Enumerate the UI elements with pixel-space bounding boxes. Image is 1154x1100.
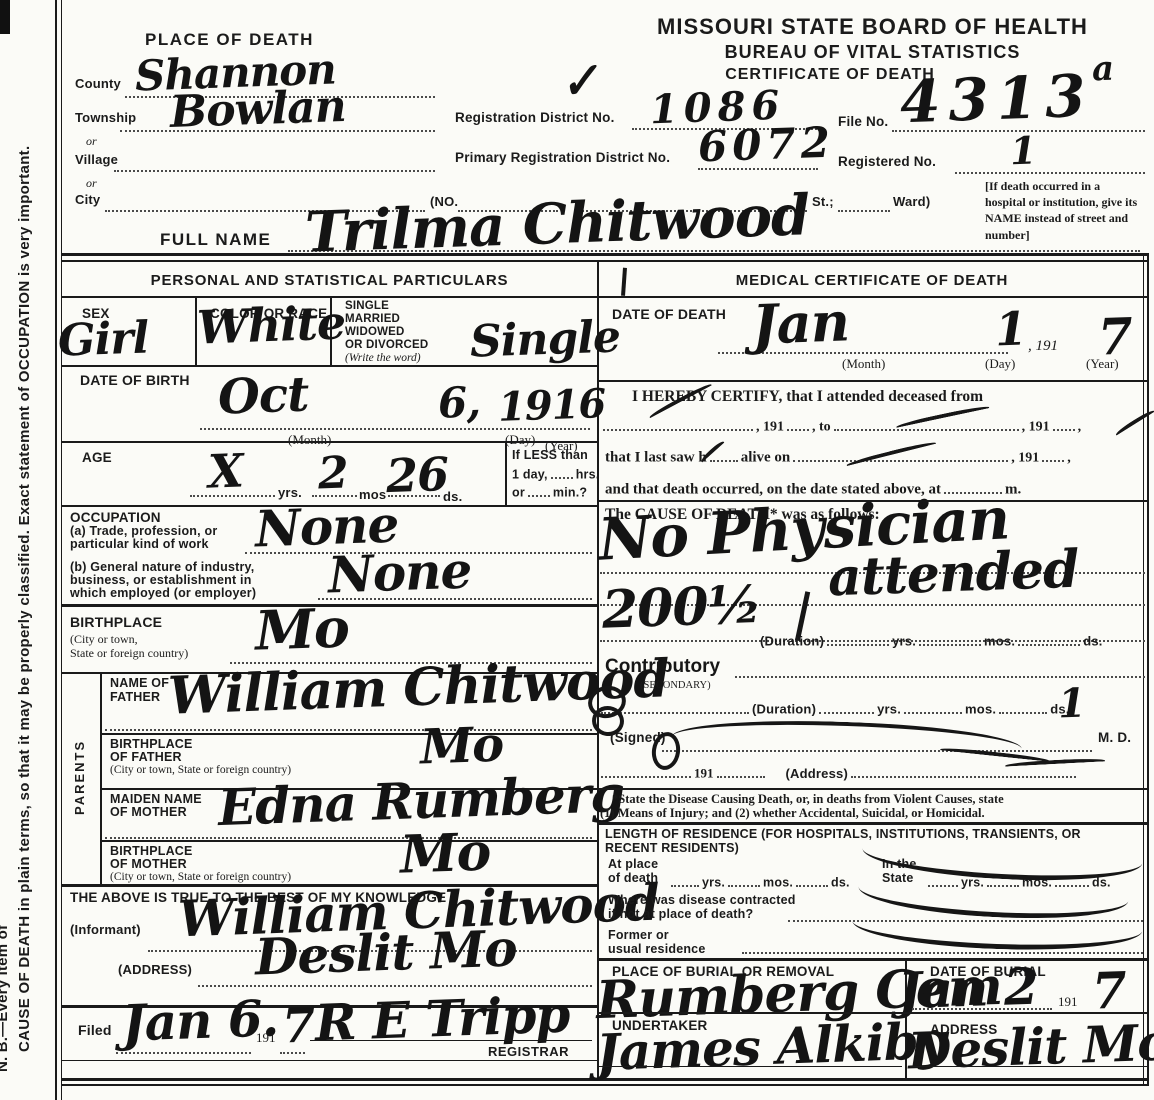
blank: [999, 698, 1047, 714]
age-ds-value: 26: [385, 451, 449, 499]
hrs-blank: [551, 466, 573, 479]
primary-registration-label: Primary Registration District No.: [455, 150, 670, 165]
dod-day-value: 1: [994, 305, 1027, 352]
contributory-label: Contributory: [605, 656, 720, 678]
former-residence-line: [742, 952, 1143, 954]
yrs-label: yrs.: [702, 876, 725, 890]
divider: [597, 296, 1147, 298]
burial-year-printed: 191: [1058, 994, 1078, 1010]
occupation-b-label: which employed (or employer): [70, 586, 256, 600]
occupation-a-label: particular kind of work: [70, 537, 209, 551]
divider: [62, 1084, 1148, 1086]
mos-label: mos.: [984, 634, 1015, 649]
month-caption: (Month): [288, 432, 331, 448]
blank: [796, 871, 828, 887]
mother-birthplace-caption: (City or town, State or foreign country): [110, 871, 291, 883]
file-no-superscript: a: [1091, 52, 1113, 87]
birthplace-caption: State or foreign country): [70, 646, 188, 661]
at-place-duration-row: yrs.mos.ds.: [668, 871, 850, 892]
blank: [671, 871, 699, 887]
township-value: Bowlan: [169, 85, 346, 135]
divider: [910, 1066, 1147, 1067]
address-caption: (Address): [786, 766, 848, 781]
full-name-label: FULL NAME: [160, 230, 271, 250]
birthplace-caption: (City or town,: [70, 632, 138, 647]
divider: [55, 0, 57, 1100]
secondary-caption: (SECONDARY): [640, 680, 711, 691]
ward-label: Ward): [893, 194, 930, 209]
month-caption: (Month): [842, 356, 885, 372]
right-column-title: MEDICAL CERTIFICATE OF DEATH: [597, 272, 1147, 289]
divider: [100, 672, 102, 884]
mother-birthplace-label: OF MOTHER: [110, 857, 187, 871]
scan-artifact: [0, 0, 10, 34]
margin-note-outer: N. B.—Every item of: [0, 925, 11, 1072]
marital-label-line: MARRIED: [345, 313, 400, 325]
township-label: Township: [75, 110, 136, 125]
age-yrs-value: X: [207, 447, 243, 494]
blank: [717, 762, 765, 778]
blank: [601, 762, 691, 778]
cause-value: 200½: [601, 579, 761, 637]
duration-label: (Duration): [752, 702, 816, 717]
undertaker-address-value: Deslit Mo: [907, 1017, 1154, 1076]
former-residence-label: usual residence: [608, 942, 706, 956]
bureau-title: BUREAU OF VITAL STATISTICS: [600, 42, 1145, 63]
min-blank: [528, 484, 550, 497]
occupation-b-label: (b) General nature of industry,: [70, 560, 254, 574]
divider: [597, 822, 1147, 825]
check-mark: ✓: [557, 56, 601, 107]
disease-contracted-label: Where was disease contracted: [608, 893, 796, 907]
occupation-b-label: business, or establishment in: [70, 573, 252, 587]
length-of-residence-heading: LENGTH OF RESIDENCE (FOR HOSPITALS, INST…: [605, 827, 1081, 841]
divider: [310, 1040, 592, 1041]
marital-label-line: WIDOWED: [345, 326, 405, 338]
father-birthplace-label: BIRTHPLACE: [110, 737, 193, 751]
village-label: Village: [75, 152, 118, 167]
father-birthplace-value: Mo: [419, 721, 504, 772]
file-no-value: 4313: [899, 67, 1094, 132]
divider: [100, 733, 597, 735]
mos-label: mos.: [763, 876, 793, 890]
printed-191: , 191: [1011, 451, 1039, 466]
father-name-label: NAME OF: [110, 676, 169, 690]
margin-note-inner: CAUSE OF DEATH in plain terms, so that i…: [16, 146, 33, 1052]
printed-191: 191: [694, 766, 714, 781]
mother-maiden-name-label: MAIDEN NAME: [110, 792, 202, 806]
filed-year-printed: 191: [256, 1030, 276, 1046]
dob-year-value: 1916: [497, 384, 606, 428]
dob-month-value: Oct: [217, 370, 309, 421]
day-caption: (Day): [505, 432, 535, 448]
marital-label-line: SINGLE: [345, 300, 389, 312]
marital-label-line: OR DIVORCED: [345, 339, 428, 351]
divider: [597, 380, 1147, 382]
signed-line: [662, 750, 1092, 752]
primary-registration-value: 6072: [697, 122, 835, 169]
certify-line-3: that I last saw halive on, 191,: [605, 446, 1071, 467]
pen-stroke: [621, 268, 633, 297]
burial-date-line: [912, 1008, 1052, 1010]
registrar-label: REGISTRAR: [488, 1044, 569, 1059]
blank: [1018, 630, 1080, 646]
marital-hint: (Write the word): [345, 352, 421, 364]
mother-maiden-name-label: OF MOTHER: [110, 805, 187, 819]
registered-no-label: Registered No.: [838, 154, 936, 169]
date-of-death-label: DATE OF DEATH: [612, 306, 726, 322]
father-birthplace-label: OF FATHER: [110, 750, 182, 764]
blank: [919, 630, 981, 646]
mother-birthplace-value: Mo: [399, 826, 491, 881]
if-less-than-text: If LESS than: [512, 448, 588, 462]
printed-191: , 191: [1022, 420, 1050, 435]
disease-contracted-label: if not at place of death?: [608, 907, 753, 921]
if-less-hrs-row: 1 day,hrs.: [512, 466, 599, 482]
ward-line: [838, 210, 890, 212]
dob-day-value: 6,: [437, 381, 480, 424]
or-word: or: [86, 134, 97, 149]
divider: [505, 441, 507, 505]
village-line: [114, 170, 435, 172]
dod-year-value: 7: [1097, 311, 1133, 362]
undertaker-value: James Alkiby: [595, 1016, 946, 1078]
divider: [100, 840, 597, 842]
blank: [1053, 415, 1075, 431]
hospital-note: [If death occurred in a hospital or inst…: [985, 178, 1143, 243]
st-label: St.;: [812, 194, 834, 209]
comma: ,: [1078, 420, 1082, 435]
left-column-title: PERSONAL AND STATISTICAL PARTICULARS: [62, 272, 597, 289]
or-word: or: [86, 176, 97, 191]
dod-year-printed: , 191: [1028, 338, 1058, 355]
if-less-day: 1 day,: [512, 468, 548, 482]
certify-text: that I last saw h: [605, 450, 707, 466]
min-label: min.?: [553, 486, 587, 500]
cause-footnote: (1) Means of Injury; and (2) whether Acc…: [600, 806, 985, 821]
blank: [827, 630, 889, 646]
printed-to: , to: [812, 420, 831, 435]
former-residence-label: Former or: [608, 928, 669, 942]
blank: [1042, 446, 1064, 462]
at-place-label: At place: [608, 857, 658, 871]
cause-value: attended: [827, 544, 1079, 605]
ds-label: ds.: [831, 876, 850, 890]
mos-label: mos.: [965, 702, 996, 717]
registered-no-line: [955, 172, 1145, 174]
pen-stroke: [672, 716, 1023, 754]
full-name-value: Trilma Chitwood: [304, 187, 810, 261]
divider: [62, 365, 597, 367]
filed-label: Filed: [78, 1022, 112, 1038]
burial-year-value: 7: [1091, 965, 1127, 1016]
ds-label: ds.: [1083, 634, 1102, 649]
father-name-label: FATHER: [110, 690, 160, 704]
filed-year-value: 7: [281, 1001, 315, 1050]
day-caption: (Day): [985, 356, 1015, 372]
date-of-birth-label: DATE OF BIRTH: [80, 372, 190, 388]
contributory-ds-value: 1: [1057, 684, 1085, 725]
blank: [904, 698, 962, 714]
informant-label: (Informant): [70, 922, 141, 937]
yrs-label: yrs.: [892, 634, 916, 649]
divider: [597, 1066, 902, 1067]
blank: [728, 871, 760, 887]
mother-birthplace-label: BIRTHPLACE: [110, 844, 193, 858]
duration-label: (Duration): [760, 634, 824, 649]
comma: ,: [1067, 451, 1071, 466]
registered-no-value: 1: [1009, 132, 1036, 171]
divider: [62, 253, 1148, 256]
marital-value: Single: [469, 315, 620, 364]
filed-date-line: [116, 1052, 251, 1054]
yrs-label: yrs.: [877, 702, 901, 717]
race-value: White: [196, 299, 346, 350]
divider: [62, 441, 597, 443]
file-no-label: File No.: [838, 114, 888, 129]
contributory-line: [735, 676, 1145, 678]
or-word: or: [512, 486, 525, 500]
registration-district-label: Registration District No.: [455, 110, 615, 125]
divider: [62, 1060, 597, 1061]
at-place-label: of death: [608, 871, 658, 885]
death-certificate-scan: N. B.—Every item of CAUSE OF DEATH in pl…: [0, 0, 1154, 1100]
occupation-label: OCCUPATION: [70, 510, 161, 525]
certify-line-2: , 191, to, 191,: [600, 415, 1081, 436]
divider: [597, 788, 1147, 790]
birthplace-label: BIRTHPLACE: [70, 614, 162, 630]
city-label: City: [75, 192, 100, 207]
cause-footnote: *State the Disease Causing Death, or, in…: [612, 792, 1004, 807]
informant-address-label: (ADDRESS): [118, 962, 192, 977]
blank: [603, 415, 753, 431]
divider: [1147, 253, 1149, 1086]
informant-address-value: Deslit Mo: [254, 923, 517, 982]
md-label: M. D.: [1098, 730, 1131, 745]
blank: [787, 415, 809, 431]
if-less-min-row: ormin.?: [512, 484, 587, 500]
certify-text: alive on: [741, 450, 791, 466]
father-name-line: [105, 729, 592, 731]
age-label: AGE: [82, 450, 112, 465]
length-of-residence-heading: RECENT RESIDENTS): [605, 841, 739, 855]
divider: [62, 260, 1148, 262]
father-birthplace-caption: (City or town, State or foreign country): [110, 764, 291, 776]
parents-label: PARENTS: [72, 740, 87, 815]
year-caption: (Year): [1086, 356, 1119, 372]
mother-name-line: [105, 837, 592, 839]
county-label: County: [75, 76, 121, 91]
dod-month-value: Jan: [751, 294, 850, 351]
blank: [819, 698, 874, 714]
hrs-label: hrs.: [576, 468, 600, 482]
board-title: MISSOURI STATE BOARD OF HEALTH: [600, 14, 1145, 40]
birthplace-value: Mo: [254, 600, 350, 657]
occupation-a-label: (a) Trade, profession, or: [70, 524, 217, 538]
occupation-b-value: None: [327, 546, 472, 601]
age-mos-value: 2: [317, 451, 348, 496]
divider: [61, 0, 62, 1100]
printed-191: , 191: [756, 420, 784, 435]
sex-value: Girl: [57, 316, 149, 363]
cause-duration-row: (Duration)yrs.mos.ds.: [760, 630, 1103, 651]
divider: [1143, 253, 1144, 1086]
contributory-duration-row: (Duration)yrs.mos.ds.: [598, 698, 1070, 719]
